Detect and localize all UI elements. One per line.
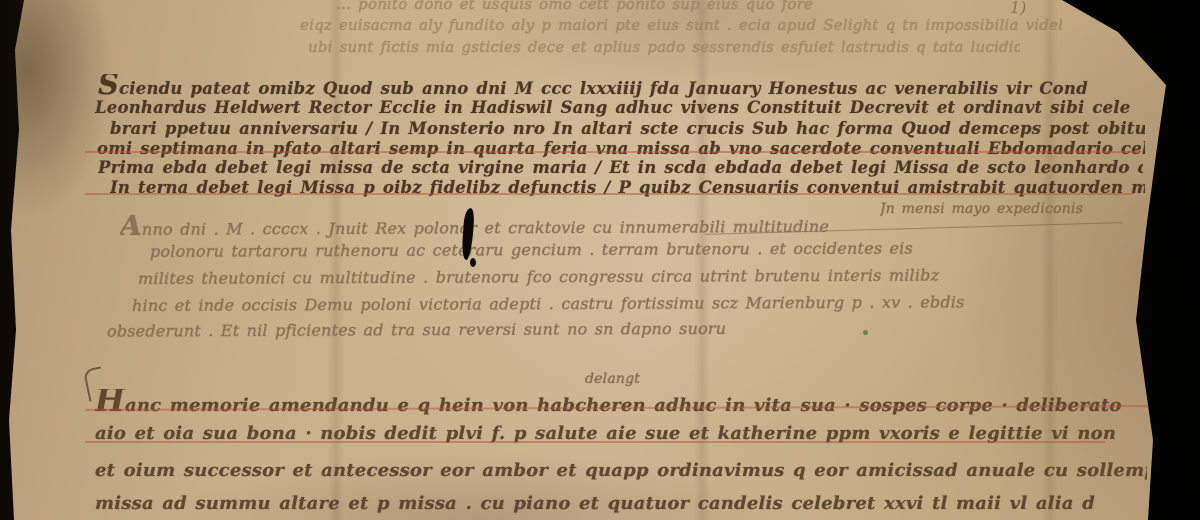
manuscript-line: Prima ebda debet legi missa de scta virg… [98,158,1143,177]
folio-mark: 1) [1010,0,1026,17]
manuscript-line-fragment: … ponito dono et usquis omo cett ponito … [336,0,1036,13]
manuscript-line: Anno dni . M . ccccx . Jnuit Rex polonor… [120,211,1040,239]
red-ink-dot [1153,406,1156,409]
manuscript-line: milites theutonici cu multitudine . brut… [138,265,1100,288]
manuscript-line: In terna debet legi Missa p oibz fidelib… [110,178,1145,197]
manuscript-line-fragment: ubi sunt fictis mia gsticies dece et apl… [308,38,1020,56]
manuscript-line: Leonhardus Heldwert Rector Ecclie in Had… [95,98,1145,117]
manuscript-line: omi septimana in pfato altari semp in qu… [97,139,1145,158]
manuscript-line: obsederunt . Et nil pficientes ad tra su… [107,318,877,340]
manuscript-photo: … ponito dono et usquis omo cett ponito … [0,0,1200,520]
manuscript-line: et oium successor et antecessor eor ambo… [95,460,1147,481]
manuscript-line: polonoru tartaroru ruthenoru ac ceteraru… [150,238,1050,261]
manuscript-line: brari ppetuu anniversariu / In Monsterio… [110,119,1145,138]
manuscript-line: hinc et inde occisis Demu poloni victori… [132,292,1102,315]
manuscript-line: missa ad summu altare et p missa . cu pi… [95,493,1095,514]
interlinear-note: delangt [585,371,695,387]
parchment-hole [470,258,476,267]
manuscript-line-fragment: eiqz euisacma aly fundito aly p maiori p… [300,16,1062,34]
ink-speck [863,330,868,335]
manuscript-line: aio et oia sua bona · nobis dedit plvi f… [95,423,1147,444]
manuscript-line: Sciendu pateat omibz Quod sub anno dni M… [98,74,1146,98]
manuscript-line: Hanc memorie amendandu e q hein von habc… [95,389,1147,416]
